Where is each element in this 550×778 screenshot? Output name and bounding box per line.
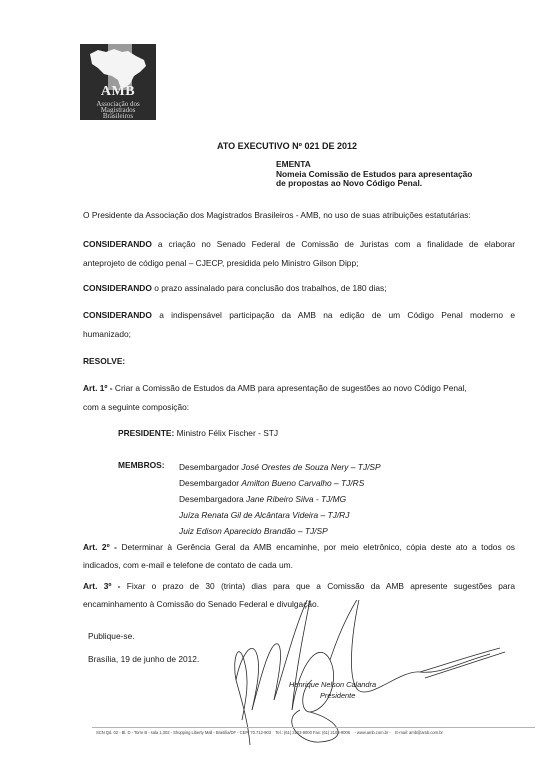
document-title: ATO EXECUTIVO Nº 021 DE 2012 (217, 141, 357, 151)
member-item: Juíza Renata Gil de Alcântara Videira – … (179, 507, 381, 523)
president-value: Ministro Félix Fischer - STJ (177, 428, 278, 438)
date-line: Brasília, 19 de junho de 2012. (88, 653, 199, 665)
article-text-2: indicados, com e-mail e telefone de cont… (83, 559, 515, 571)
member-title: Desembargadora (179, 494, 244, 504)
article-1: Art. 1º - Criar a Comissão de Estudos da… (83, 382, 467, 413)
article-label: Art. 3º - (83, 581, 120, 591)
article-label: Art. 2º - (83, 542, 117, 552)
member-name: José Orestes de Souza Nery – TJ/SP (241, 462, 380, 472)
member-title: Juíza (179, 510, 199, 520)
considerando-2: CONSIDERANDO o prazo assinalado para con… (83, 282, 387, 294)
intro-paragraph: O Presidente da Associação dos Magistrad… (83, 209, 471, 221)
members-list: Desembargador José Orestes de Souza Nery… (179, 459, 381, 539)
article-label: Art. 1º - (83, 383, 113, 393)
amb-logo: AMB Associação dos Magistrados Brasileir… (80, 44, 156, 120)
considerando-text-2: humanizado; (83, 328, 515, 340)
member-item: Juiz Edison Aparecido Brandão – TJ/SP (179, 523, 381, 539)
member-name: Edison Aparecido Brandão – TJ/SP (196, 526, 327, 536)
member-name: Renata Gil de Alcântara Videira – TJ/RJ (201, 510, 349, 520)
logo-subtitle-3: Brasileiros (80, 113, 156, 120)
considerando-label: CONSIDERANDO (83, 310, 152, 320)
commission-president: PRESIDENTE: Ministro Félix Fischer - STJ (118, 427, 278, 439)
footer-email: E-mail: amb@amb.com.br (395, 730, 443, 735)
considerando-text-2: anteprojeto de código penal – CJECP, pre… (83, 257, 515, 269)
member-item: Desembargador José Orestes de Souza Nery… (179, 459, 381, 475)
considerando-3: CONSIDERANDO a indispensável participaçã… (83, 309, 515, 340)
member-item: Desembargadora Jane Ribeiro Silva - TJ/M… (179, 491, 381, 507)
considerando-text: o prazo assinalado para conclusão dos tr… (154, 283, 386, 293)
considerando-text: a criação no Senado Federal de Comissão … (158, 239, 515, 249)
logo-title: AMB (80, 84, 156, 100)
article-text: Criar a Comissão de Estudos da AMB para … (115, 383, 467, 393)
considerando-label: CONSIDERANDO (83, 283, 152, 293)
article-2: Art. 2º - Determinar à Gerência Geral da… (83, 541, 515, 571)
considerando-label: CONSIDERANDO (83, 239, 152, 249)
member-title: Juiz (179, 526, 194, 536)
member-title: Desembargador (179, 462, 239, 472)
member-name: Amilton Bueno Carvalho – TJ/RS (241, 478, 364, 488)
signatory-name: Henrique Nelson Calandra (289, 680, 376, 689)
publique-text: Publique-se. (88, 630, 135, 642)
footer: SCN Qd. 02 - Bl. D - Torre B - sala 1.30… (96, 730, 443, 735)
article-text-2: com a seguinte composição: (83, 401, 467, 413)
ementa-block: EMENTA Nomeia Comissão de Estudos para a… (276, 160, 472, 189)
member-name: Jane Ribeiro Silva - TJ/MG (246, 494, 346, 504)
considerando-1: CONSIDERANDO a criação no Senado Federal… (83, 238, 515, 269)
footer-address: SCN Qd. 02 - Bl. D - Torre B - sala 1.30… (96, 730, 271, 735)
members-label: MEMBROS: (118, 459, 165, 471)
footer-website: - www.amb.com.br - (354, 730, 390, 735)
footer-phone: Tel.: (61) 2103-9000 Fax: (61) 2103-9006 (275, 730, 350, 735)
ementa-line-2: de propostas ao Novo Código Penal. (276, 179, 472, 189)
resolve-heading: RESOLVE: (83, 355, 125, 367)
member-item: Desembargador Amilton Bueno Carvalho – T… (179, 475, 381, 491)
president-label: PRESIDENTE: (118, 428, 174, 438)
signatory-role: Presidente (320, 691, 355, 700)
member-title: Desembargador (179, 478, 239, 488)
considerando-text: a indispensável participação da AMB na e… (159, 310, 515, 320)
article-text: Fixar o prazo de 30 (trinta) dias para q… (127, 581, 515, 591)
footer-divider (92, 727, 535, 728)
article-text: Determinar à Gerência Geral da AMB encam… (121, 542, 515, 552)
